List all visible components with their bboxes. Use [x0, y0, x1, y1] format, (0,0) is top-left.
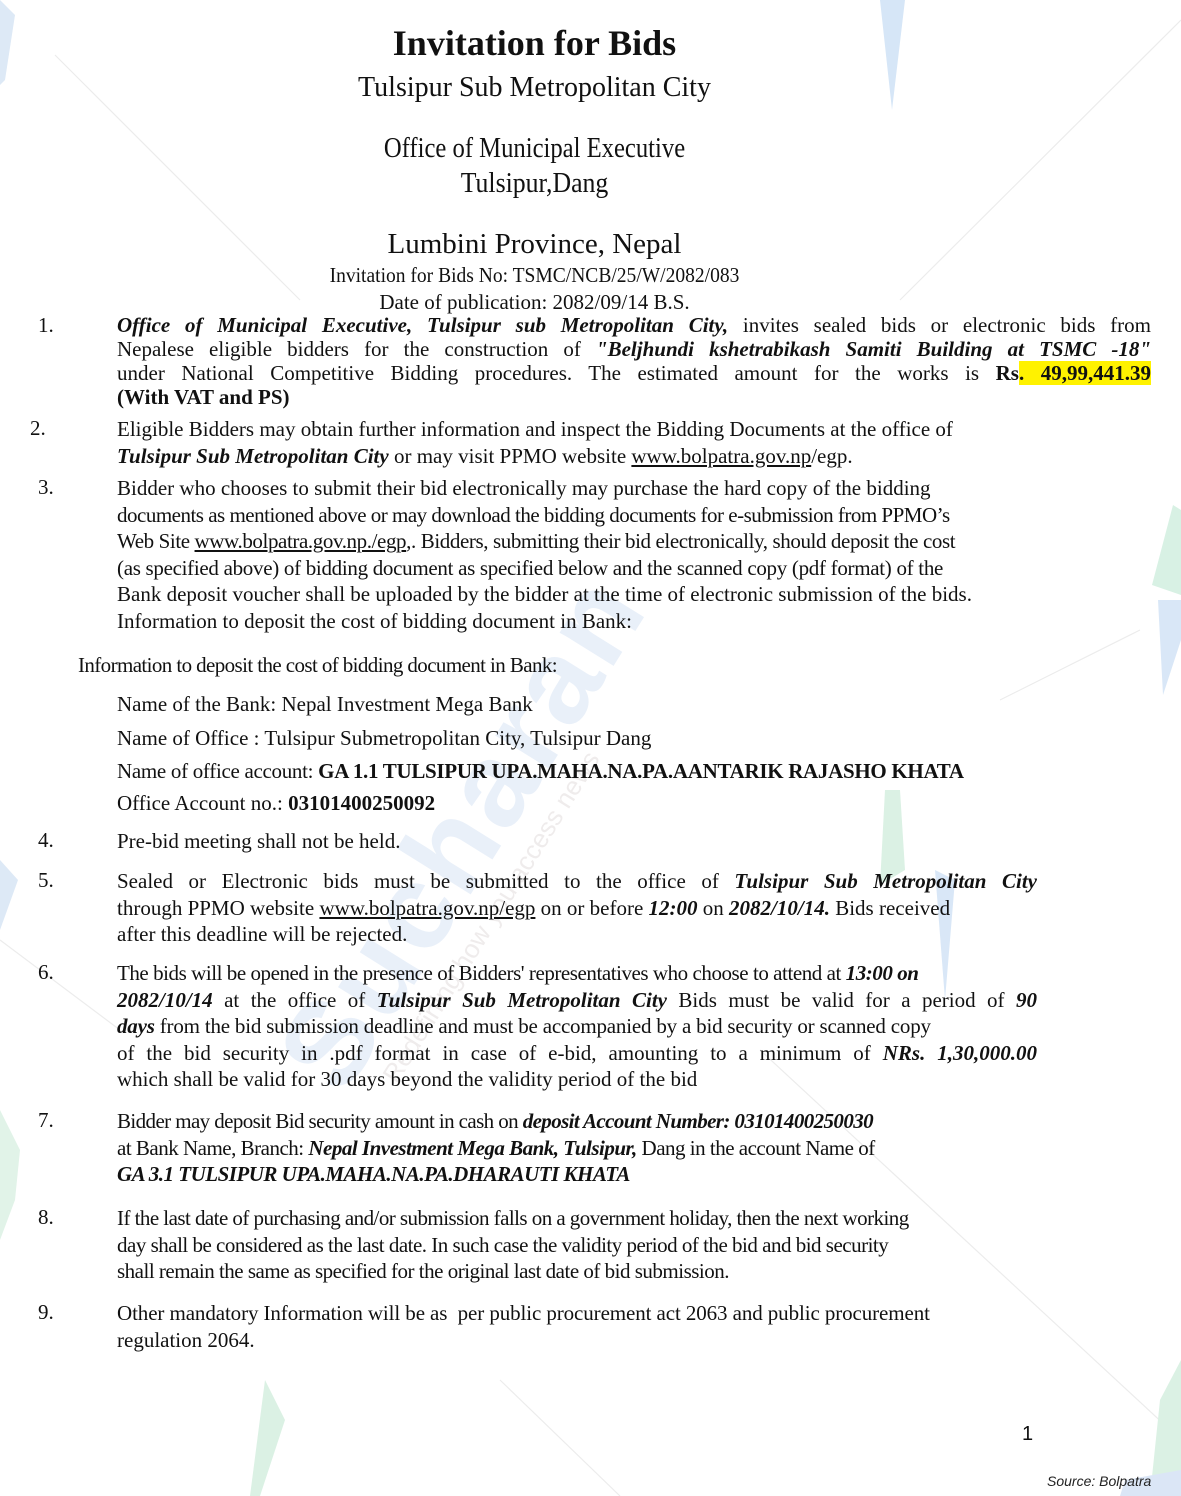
item-number: 9. [38, 1300, 54, 1325]
amount-note: (With VAT and PS) [117, 385, 1151, 409]
opening-date: 2082/10/14 [117, 988, 213, 1012]
item-number: 6. [38, 960, 54, 985]
item-number: 5. [38, 868, 54, 893]
item-number: 7. [38, 1108, 54, 1133]
item-body: If the last date of purchasing and/or su… [117, 1205, 909, 1285]
page-number: 1 [1022, 1423, 1033, 1446]
office-name: Office of Municipal Executive, Tulsipur … [117, 313, 728, 337]
validity-days: 90 [1016, 988, 1037, 1012]
bolpatra-egp-link[interactable]: www.bolpatra.gov.np./egp [195, 529, 407, 553]
bank-info-heading: Information to deposit the cost of biddi… [78, 653, 557, 678]
page-title: Invitation for Bids [0, 22, 1125, 64]
header-office: Office of Municipal Executive [15, 133, 1054, 165]
opening-time: 13:00 on [846, 961, 919, 985]
submission-date: 2082/10/14. [729, 896, 830, 920]
office-name: Tulsipur Sub Metropolitan City [117, 444, 389, 468]
office-name: Tulsipur Sub Metropolitan City [377, 988, 667, 1012]
item-body: Bidder may deposit Bid security amount i… [117, 1108, 1037, 1188]
item-body: Pre-bid meeting shall not be held. [117, 828, 400, 855]
office-account-number: 03101400250092 [288, 791, 435, 815]
item-body: Bidder who chooses to submit their bid e… [117, 475, 972, 634]
header-place: Tulsipur,Dang [0, 168, 1078, 200]
project-name: "Beljhundi kshetrabikash Samiti Building… [596, 337, 1151, 361]
deposit-account-name: GA 3.1 TULSIPUR UPA.MAHA.NA.PA.DHARAUTI … [117, 1161, 1037, 1188]
office-name: Tulsipur Sub Metropolitan City [734, 869, 1037, 893]
bid-security-amount: NRs. 1,30,000.00 [883, 1041, 1037, 1065]
bank-name: Name of the Bank: Nepal Investment Mega … [117, 692, 533, 717]
bank-branch: Nepal Investment Mega Bank, Tulsipur, [308, 1136, 636, 1160]
item-number: 1. [38, 313, 54, 338]
source-credit: Source: Bolpatra [1047, 1473, 1151, 1489]
item-body: Eligible Bidders may obtain further info… [117, 416, 953, 469]
header-province: Lumbini Province, Nepal [0, 228, 1125, 261]
submission-time: 12:00 [649, 896, 698, 920]
ifb-number: Invitation for Bids No: TSMC/NCB/25/W/20… [0, 263, 1084, 288]
item-number: 2. [30, 416, 46, 441]
item-body: Sealed or Electronic bids must be submit… [117, 868, 1037, 948]
publication-date: Date of publication: 2082/09/14 B.S. [0, 290, 1125, 315]
item-body: Office of Municipal Executive, Tulsipur … [117, 313, 1151, 409]
item-body: Other mandatory Information will be as p… [117, 1300, 930, 1353]
item-number: 3. [38, 475, 54, 500]
estimated-amount: . 49,99,441.39 [1019, 361, 1151, 385]
office-name-line: Name of Office : Tulsipur Submetropolita… [117, 726, 651, 751]
item-body: The bids will be opened in the presence … [117, 960, 1037, 1093]
bolpatra-egp-link[interactable]: www.bolpatra.gov.np/egp [319, 896, 535, 920]
office-account-name: GA 1.1 TULSIPUR UPA.MAHA.NA.PA.AANTARIK … [318, 759, 964, 783]
document-page: Invitation for Bids Tulsipur Sub Metropo… [0, 0, 1181, 1496]
item-number: 8. [38, 1205, 54, 1230]
bolpatra-link[interactable]: www.bolpatra.gov.np [631, 444, 811, 468]
item-number: 4. [38, 828, 54, 853]
header-city: Tulsipur Sub Metropolitan City [0, 72, 1125, 104]
deposit-account-number: deposit Account Number: 03101400250030 [523, 1109, 873, 1133]
